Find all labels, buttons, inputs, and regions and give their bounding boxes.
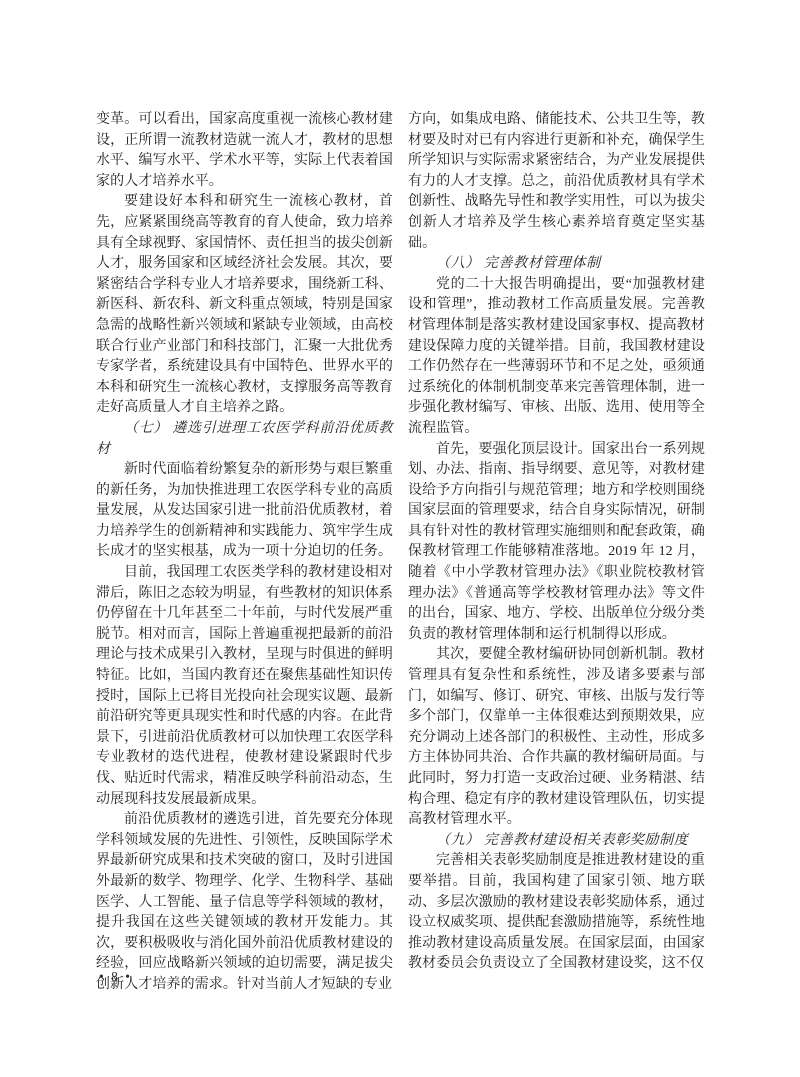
document-page: 变革。可以看出，国家高度重视一流核心教材建设，正所谓一流教材造就一流人才，教材的… bbox=[0, 0, 800, 1077]
body-paragraph: 要建设好本科和研究生一流核心教材，首先，应紧紧围绕高等教育的育人使命，致力培养具… bbox=[96, 192, 393, 419]
body-paragraph: 其次，要健全教材编研协同创新机制。教材管理具有复杂性和系统性，涉及诸多要素与部门… bbox=[408, 645, 705, 830]
section-heading: （七） 遴选引进理工农医学科前沿优质教材 bbox=[96, 419, 393, 460]
body-paragraph: 方向，如集成电路、储能技术、公共卫生等，教材要及时对已有内容进行更新和补充，确保… bbox=[408, 110, 705, 254]
body-paragraph: 变革。可以看出，国家高度重视一流核心教材建设，正所谓一流教材造就一流人才，教材的… bbox=[96, 110, 393, 192]
section-heading: （九） 完善教材建设相关表彰奖励制度 bbox=[408, 831, 705, 852]
column-right: 方向，如集成电路、储能技术、公共卫生等，教材要及时对已有内容进行更新和补充，确保… bbox=[408, 110, 705, 975]
body-paragraph: 首先，要强化顶层设计。国家出台一系列规划、办法、指南、指导纲要、意见等，对教材建… bbox=[408, 440, 705, 646]
body-paragraph: 前沿优质教材的遴选引进，首先要充分体现学科领域发展的先进性、引领性，反映国际学术… bbox=[96, 810, 393, 995]
column-left: 变革。可以看出，国家高度重视一流核心教材建设，正所谓一流教材造就一流人才，教材的… bbox=[96, 110, 393, 996]
body-paragraph: 党的二十大报告明确提出，要“加强教材建设和管理”，推动教材工作高质量发展。完善教… bbox=[408, 275, 705, 440]
page-number: • 8 • bbox=[99, 969, 132, 985]
body-paragraph: 新时代面临着纷繁复杂的新形势与艰巨繁重的新任务，为加快推进理工农医学科专业的高质… bbox=[96, 460, 393, 563]
body-paragraph: 目前，我国理工农医类学科的教材建设相对滞后，陈旧之态较为明显，有些教材的知识体系… bbox=[96, 563, 393, 810]
body-paragraph: 完善相关表彰奖励制度是推进教材建设的重要举措。目前，我国构建了国家引领、地方联动… bbox=[408, 851, 705, 975]
section-heading: （八） 完善教材管理体制 bbox=[408, 254, 705, 275]
